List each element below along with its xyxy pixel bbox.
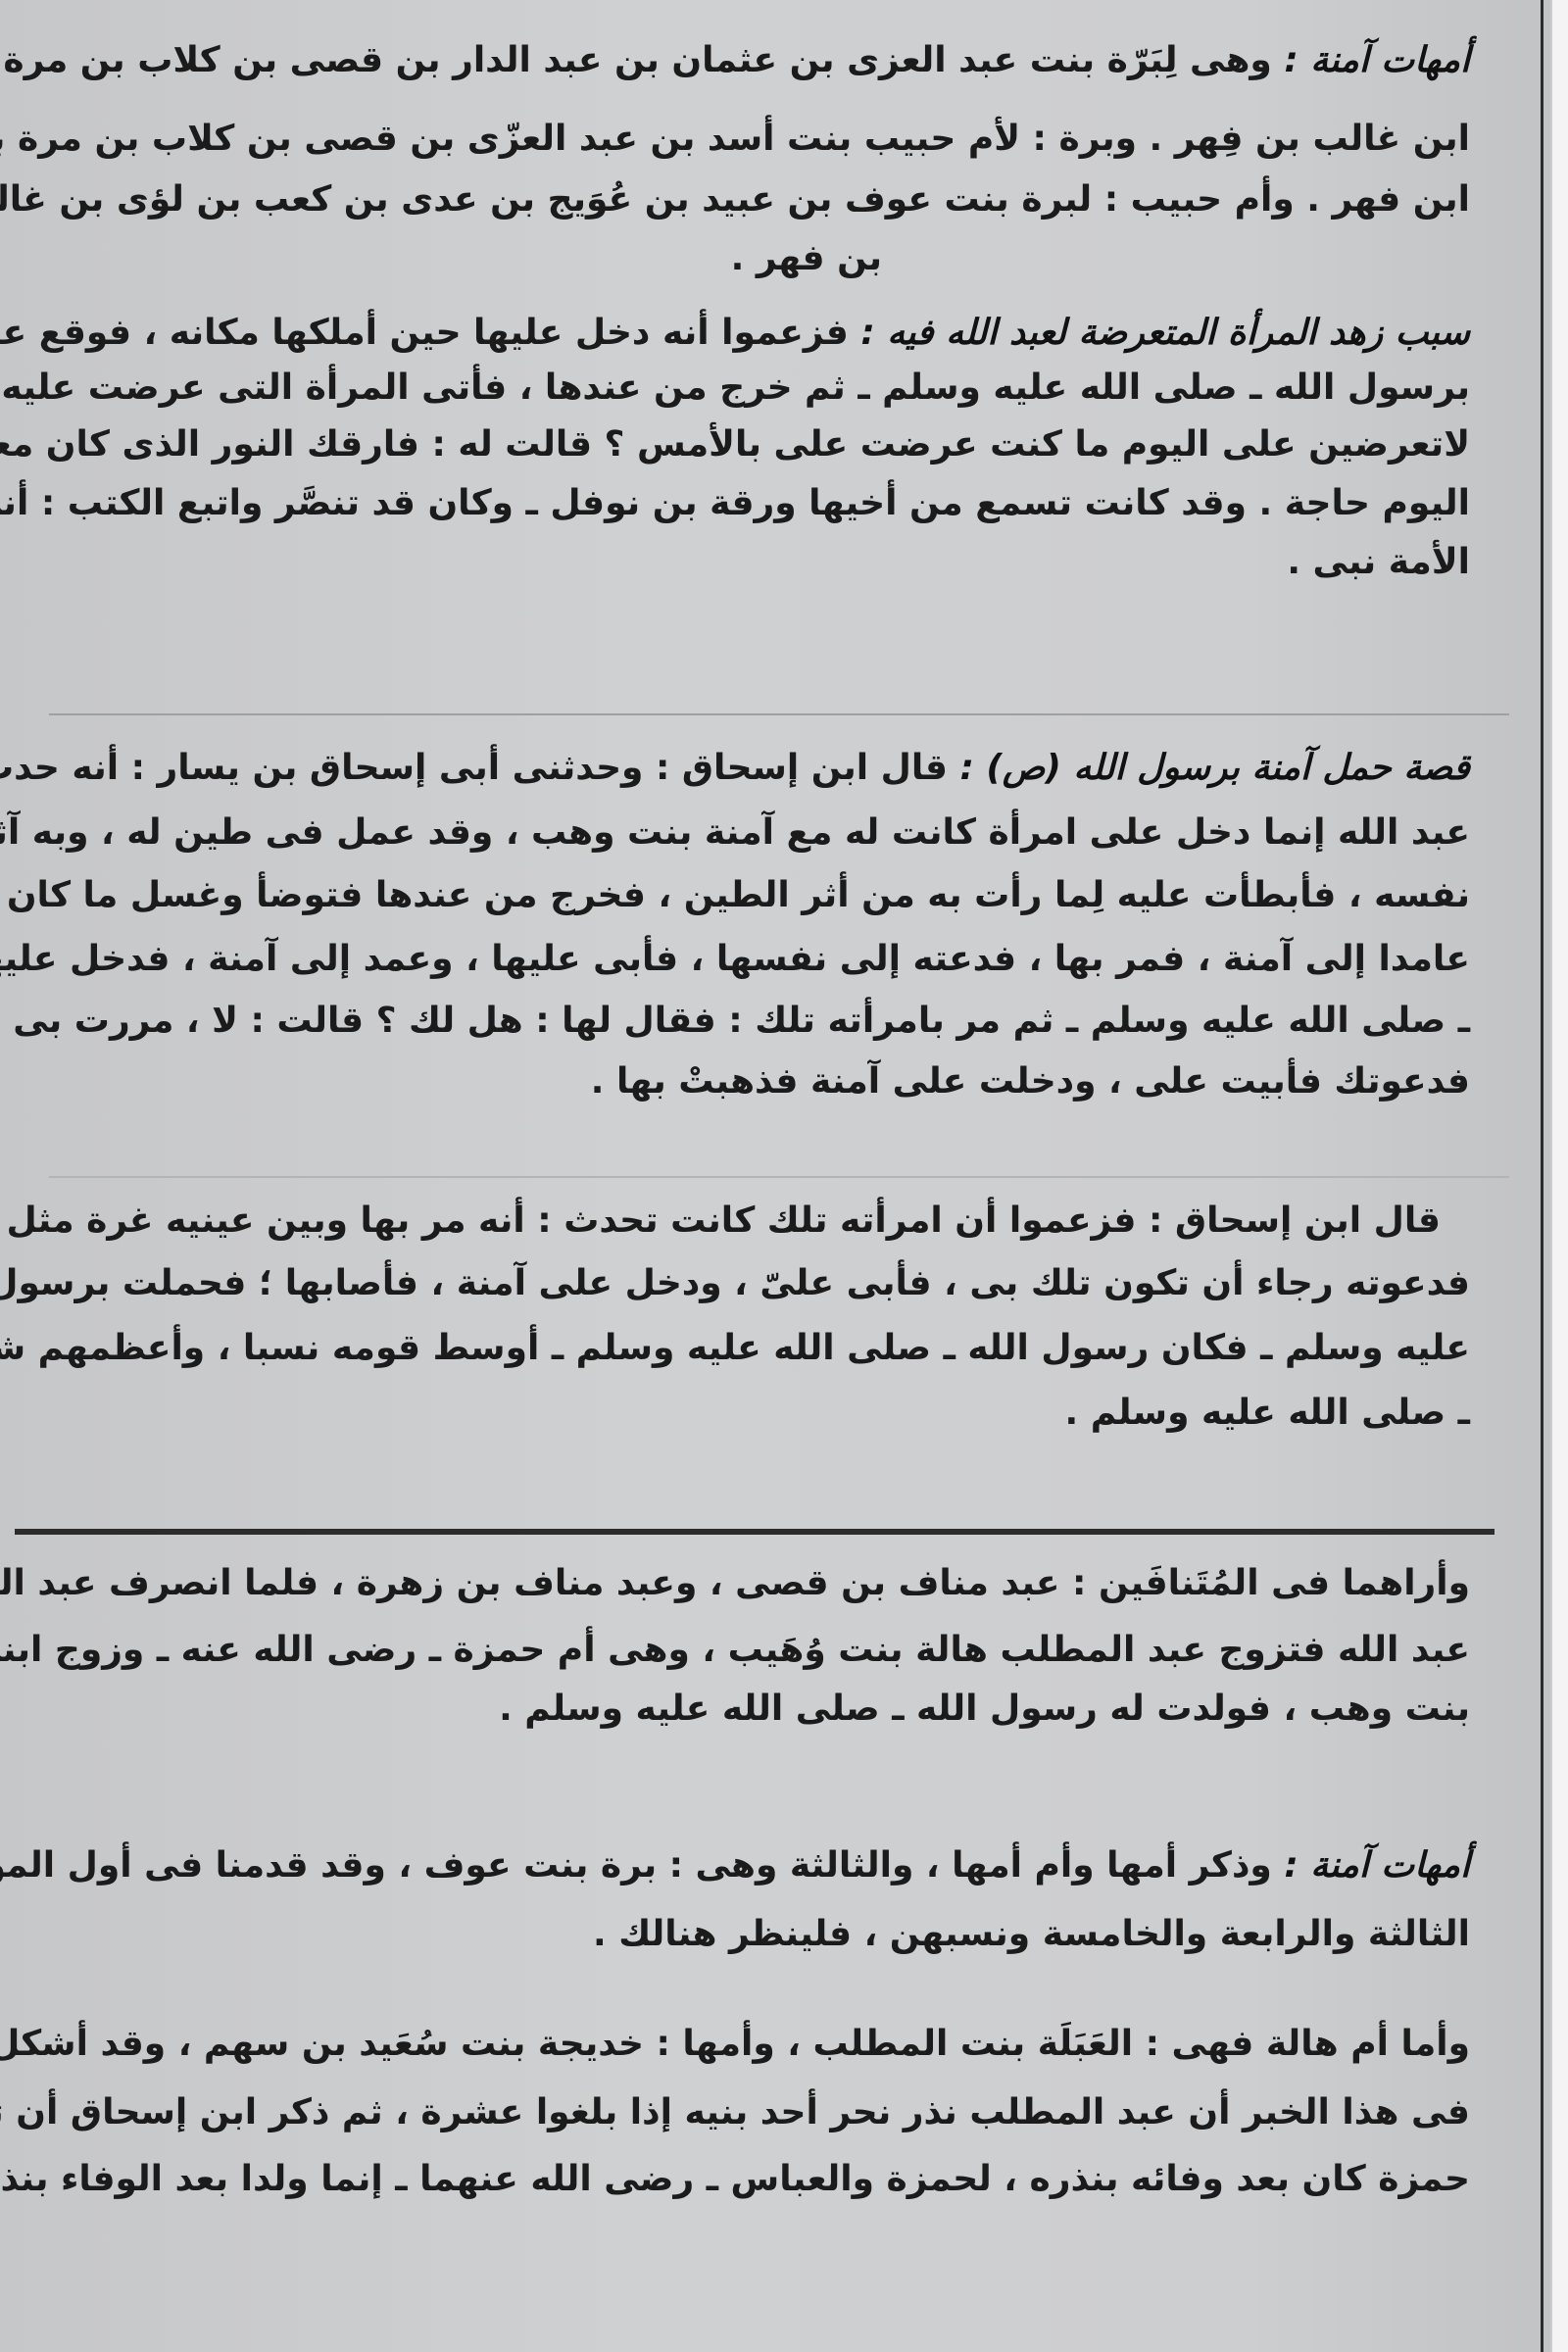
text-line: أمهات آمنة : وذكر أمها وأم أمها ، والثال…: [98, 1842, 1470, 1889]
section-divider: [49, 1176, 1509, 1178]
text-line: بنت وهب ، فولدت له رسول الله ـ صلى الله …: [98, 1686, 1470, 1733]
section-heading: سبب زهد المرأة المتعرضة لعبد الله فيه :: [860, 313, 1470, 353]
text-line: أمهات آمنة : وهى لِبَرّة بنت عبد العزى ب…: [98, 37, 1470, 84]
line-text: وذكر أمها وأم أمها ، والثالثة وهى : برة …: [0, 1845, 1272, 1886]
text-line: ـ صلى الله عليه وسلم .: [98, 1390, 1470, 1437]
text-line: ـ صلى الله عليه وسلم ـ ثم مر بامرأته تلك…: [98, 998, 1470, 1045]
section-divider: [49, 713, 1509, 715]
text-line: عبد الله إنما دخل على امرأة كانت له مع آ…: [98, 809, 1470, 857]
page-edge: [1541, 0, 1543, 2352]
text-line: الأمة نبى .: [98, 539, 1470, 586]
text-line: فدعوتك فأبيت على ، ودخلت على آمنة فذهبتْ…: [98, 1058, 1470, 1105]
text-line: بن فهر .: [98, 235, 882, 282]
text-line: وأما أم هالة فهى : العَبَلَة بنت المطلب …: [98, 2021, 1470, 2068]
text-line: اليوم حاجة . وقد كانت تسمع من أخيها ورقة…: [98, 480, 1470, 527]
text-line: عبد الله فتزوج عبد المطلب هالة بنت وُهَي…: [98, 1627, 1470, 1674]
text-line: برسول الله ـ صلى الله عليه وسلم ـ ثم خرج…: [98, 365, 1470, 412]
text-line: قصة حمل آمنة برسول الله (ص) : قال ابن إس…: [98, 745, 1470, 792]
line-text: فزعموا أنه دخل عليها حين أملكها مكانه ، …: [0, 313, 849, 353]
section-heading: أمهات آمنة :: [1284, 40, 1470, 80]
text-line: عامدا إلى آمنة ، فمر بها ، فدعته إلى نفس…: [98, 936, 1470, 983]
text-line: وأراهما فى المُتَنافَين : عبد مناف بن قص…: [98, 1560, 1470, 1607]
text-line: فى هذا الخبر أن عبد المطلب نذر نحر أحد ب…: [98, 2089, 1470, 2136]
text-line: حمزة كان بعد وفائه بنذره ، لحمزة والعباس…: [98, 2156, 1470, 2203]
text-line: الثالثة والرابعة والخامسة ونسبهن ، فلينظ…: [98, 1911, 1470, 1958]
text-line: قال ابن إسحاق : فزعموا أن امرأته تلك كان…: [98, 1198, 1441, 1245]
line-text: وهى لِبَرّة بنت عبد العزى بن عثمان بن عب…: [0, 40, 1272, 80]
text-line: عليه وسلم ـ فكان رسول الله ـ صلى الله عل…: [98, 1325, 1470, 1372]
right-margin-strip: [1552, 0, 1568, 2352]
section-heading: أمهات آمنة :: [1284, 1845, 1470, 1886]
text-line: ابن غالب بن فِهر . وبرة : لأم حبيب بنت أ…: [98, 116, 1470, 163]
text-line: ابن فهر . وأم حبيب : لبرة بنت عوف بن عبي…: [98, 176, 1470, 223]
text-line: سبب زهد المرأة المتعرضة لعبد الله فيه : …: [98, 310, 1470, 357]
text-line: فدعوته رجاء أن تكون تلك بى ، فأبى علىّ ،…: [98, 1260, 1470, 1307]
section-heading: قصة حمل آمنة برسول الله (ص) :: [959, 748, 1470, 788]
line-text: قال ابن إسحاق : وحدثنى أبى إسحاق بن يسار…: [0, 748, 948, 788]
text-line: لاتعرضين على اليوم ما كنت عرضت على بالأم…: [98, 421, 1470, 468]
footnote-separator: [15, 1529, 1494, 1535]
text-line: نفسه ، فأبطأت عليه لِما رأت به من أثر ال…: [98, 872, 1470, 919]
